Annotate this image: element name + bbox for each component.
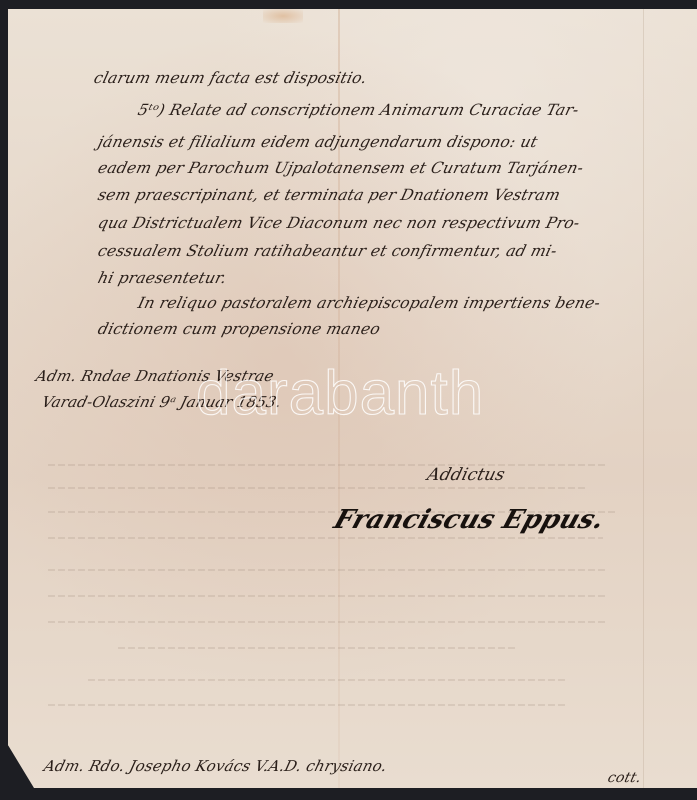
letter-line: cessualem Stolium ratihabeantur et confi… bbox=[96, 242, 559, 260]
letter-line: In reliquo pastoralem archiepiscopalem i… bbox=[136, 294, 602, 312]
place-line: Adm. Rndae Dnationis Vestrae bbox=[34, 367, 276, 385]
closing-word: Addictus bbox=[425, 465, 507, 485]
bleed-through-line bbox=[118, 647, 518, 649]
scan-stage: clarum meum facta est dispositio. 5ᵗᵒ) R… bbox=[0, 0, 697, 800]
bleed-through-line bbox=[48, 569, 608, 571]
letter-line: sem praescripinant, et terminata per Dna… bbox=[96, 186, 562, 204]
signature: Franciscus Eppus. bbox=[330, 505, 608, 535]
addressee-line: Adm. Rdo. Josepho Kovács V.A.D. chrysian… bbox=[42, 757, 389, 775]
corner-note: cott. bbox=[606, 770, 643, 786]
bleed-through-line bbox=[48, 537, 603, 539]
bleed-through-line bbox=[48, 595, 608, 597]
bleed-through-line bbox=[48, 621, 608, 623]
fold-line-right bbox=[643, 9, 644, 788]
letter-line: hi praesentetur. bbox=[96, 269, 229, 287]
letter-line: eadem per Parochum Ujpalotanensem et Cur… bbox=[96, 159, 585, 177]
letter-line: qua Districtualem Vice Diaconum nec non … bbox=[96, 214, 582, 232]
paper-stain bbox=[263, 9, 303, 23]
bleed-through-line bbox=[88, 679, 568, 681]
letter-line: dictionem cum propensione maneo bbox=[96, 320, 382, 338]
letter-line: 5ᵗᵒ) Relate ad conscriptionem Animarum C… bbox=[136, 101, 581, 119]
bleed-through-line bbox=[48, 464, 608, 466]
bleed-through-line bbox=[48, 704, 568, 706]
date-line: Varad-Olaszini 9ᵃ Januar 1853. bbox=[40, 393, 283, 411]
fold-line-vertical bbox=[338, 9, 340, 788]
bleed-through-line bbox=[48, 487, 588, 489]
letter-line: jánensis et filialium eidem adjungendaru… bbox=[96, 133, 540, 151]
letter-line: clarum meum facta est dispositio. bbox=[92, 69, 369, 87]
